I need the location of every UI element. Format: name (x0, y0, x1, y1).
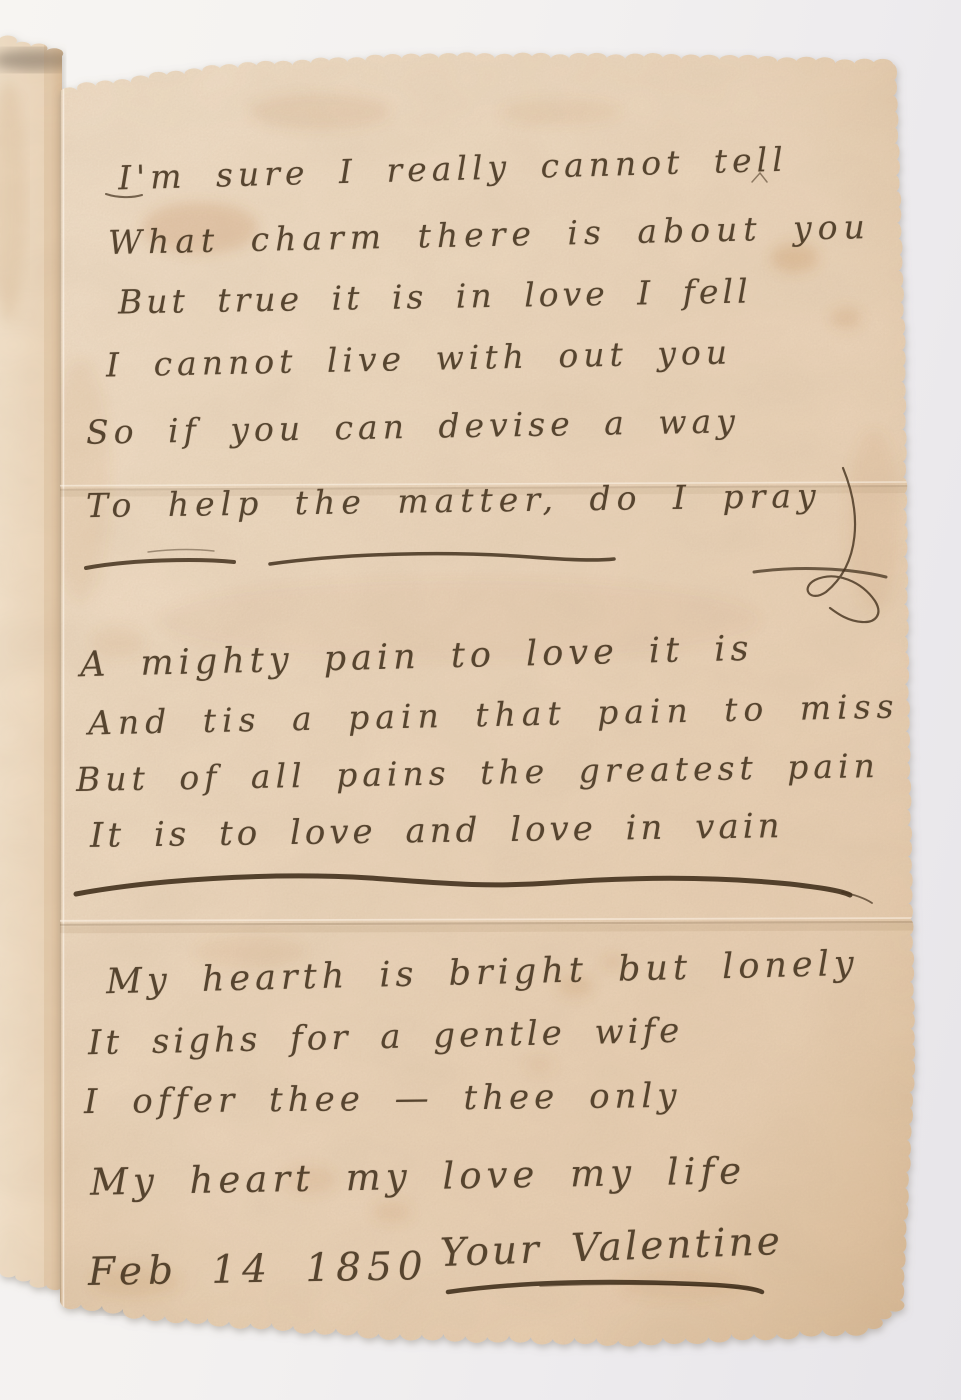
letter-line: And tis a pain that pain to miss (88, 690, 900, 740)
letter-line: My hearth is bright but lonely (106, 947, 859, 1000)
letter-line: To help the matter, do I pray (86, 479, 822, 522)
letter-date: Feb 14 1850 (88, 1247, 429, 1292)
letter-signature: Your Valentine (439, 1222, 783, 1273)
letter-line: So if you can devise a way (86, 404, 740, 448)
letter-line: A mighty pain to love it is (80, 632, 754, 683)
scanned-letter: I'm sure I really cannot tell What charm… (0, 0, 961, 1400)
letter-body: I'm sure I really cannot tell What charm… (0, 0, 961, 1400)
letter-line: What charm there is about you (108, 210, 871, 259)
letter-line: I cannot live with out you (106, 335, 733, 381)
letter-line: I offer thee — thee only (84, 1079, 682, 1119)
letter-line: But true it is in love I fell (118, 274, 752, 318)
letter-line: It sighs for a gentle wife (88, 1014, 684, 1060)
letter-line: It is to love and love in vain (90, 809, 784, 853)
letter-line: I'm sure I really cannot tell (118, 143, 788, 195)
letter-line: My heart my love my life (90, 1152, 747, 1200)
letter-line: But of all pains the greatest pain (76, 749, 880, 796)
